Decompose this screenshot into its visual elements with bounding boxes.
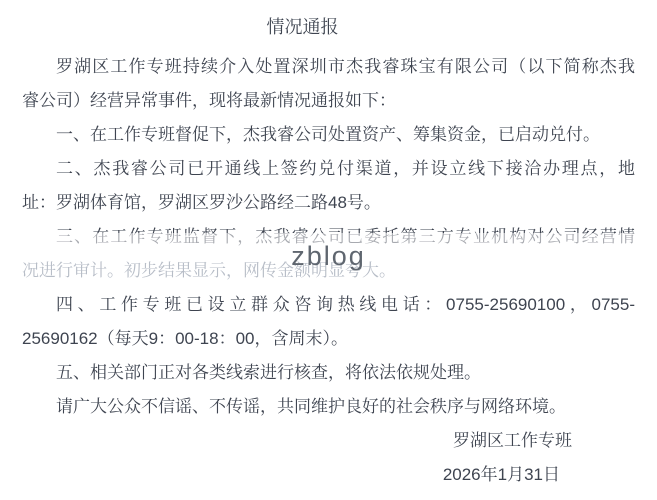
page-title: 情况通报 bbox=[0, 10, 609, 44]
paragraph-line: 五、相关部门正对各类线索进行核查，将依法依规处理。 bbox=[22, 356, 635, 390]
signature: 罗湖区工作专班 bbox=[22, 424, 635, 458]
paragraph-line: 睿公司）经营异常事件，现将最新情况通报如下： bbox=[22, 84, 635, 118]
paragraph-line: 一、在工作专班督促下，杰我睿公司处置资产、筹集资金，已启动兑付。 bbox=[22, 118, 635, 152]
paragraph-line: 请广大公众不信谣、不传谣，共同维护良好的社会秩序与网络环境。 bbox=[22, 390, 635, 424]
paragraph-line: 址：罗湖体育馆，罗湖区罗沙公路经二路48号。 bbox=[22, 186, 635, 220]
notice-document: 情况通报 罗湖区工作专班持续介入处置深圳市杰我睿珠宝有限公司（以下简称杰我 睿公… bbox=[0, 0, 657, 500]
paragraph-line: 二、杰我睿公司已开通线上签约兑付渠道，并设立线下接洽办理点，地 bbox=[22, 152, 635, 186]
paragraph-line: 三、在工作专班监督下，杰我睿公司已委托第三方专业机构对公司经营情 bbox=[22, 220, 635, 254]
date: 2026年1月31日 bbox=[22, 458, 635, 492]
paragraph-line: 四、工作专班已设立群众咨询热线电话：0755-25690100，0755- bbox=[22, 288, 635, 322]
paragraph-line: 罗湖区工作专班持续介入处置深圳市杰我睿珠宝有限公司（以下简称杰我 bbox=[22, 50, 635, 84]
paragraph-line: 25690162（每天9：00-18：00，含周末）。 bbox=[22, 322, 635, 356]
paragraph-line-faded: 况进行审计。初步结果显示，网传金额明显夸大。 bbox=[22, 254, 635, 288]
